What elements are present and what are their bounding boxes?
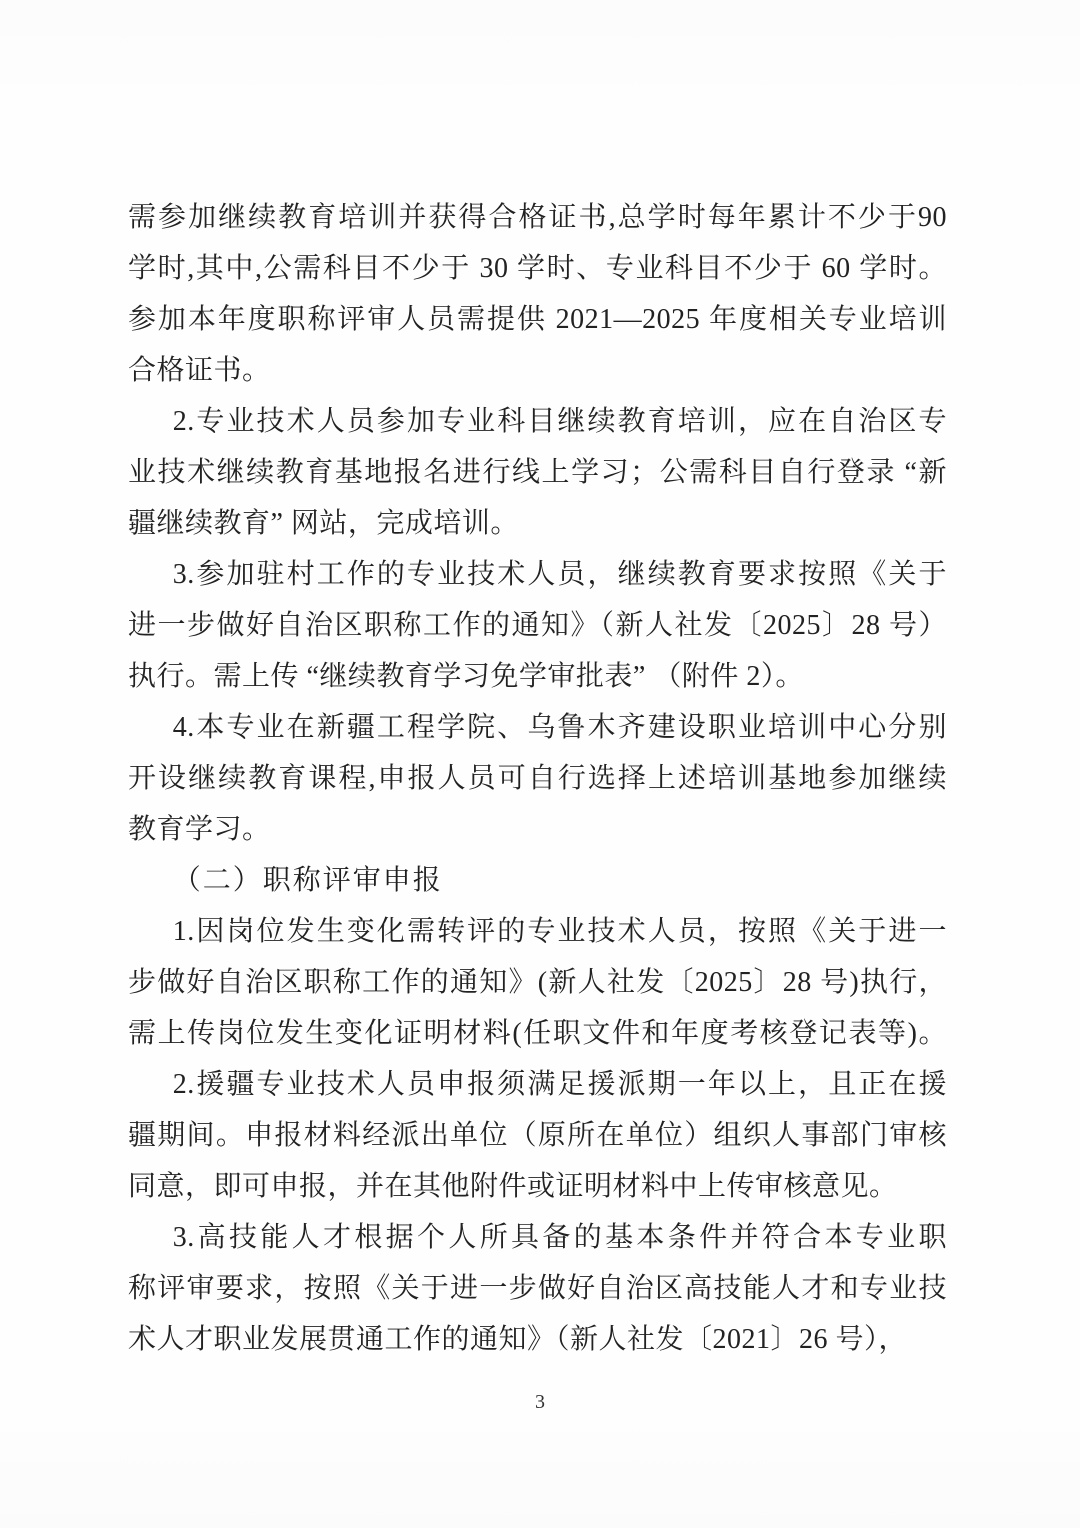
- text-line: 3.参加驻村工作的专业技术人员，继续教育要求按照《关于: [128, 549, 947, 600]
- text-line: 术人才职业发展贯通工作的通知》（新人社发〔2021〕26 号），: [128, 1314, 947, 1365]
- text-line: 1.因岗位发生变化需转评的专业技术人员，按照《关于进一: [128, 906, 947, 957]
- text-line: 需参加继续教育培训并获得合格证书,总学时每年累计不少于90: [128, 192, 947, 243]
- paragraph-item-2b: 2.援疆专业技术人员申报须满足援派期一年以上，且正在援 疆期间。申报材料经派出单…: [128, 1059, 947, 1212]
- text-line: 合格证书。: [128, 345, 947, 396]
- page-body: 需参加继续教育培训并获得合格证书,总学时每年累计不少于90 学时,其中,公需科目…: [128, 192, 947, 1365]
- text-line: 2.援疆专业技术人员申报须满足援派期一年以上，且正在援: [128, 1059, 947, 1110]
- text-line: 进一步做好自治区职称工作的通知》（新人社发〔2025〕28 号）: [128, 600, 947, 651]
- text-line: 开设继续教育课程,申报人员可自行选择上述培训基地参加继续: [128, 753, 947, 804]
- text-line: 3.高技能人才根据个人所具备的基本条件并符合本专业职: [128, 1212, 947, 1263]
- text-line: 疆继续教育” 网站，完成培训。: [128, 498, 947, 549]
- text-line: 学时,其中,公需科目不少于 30 学时、专业科目不少于 60 学时。: [128, 243, 947, 294]
- section-heading-text: （二）职称评审申报: [128, 855, 947, 906]
- paragraph-item-3: 3.参加驻村工作的专业技术人员，继续教育要求按照《关于 进一步做好自治区职称工作…: [128, 549, 947, 702]
- text-line: 需上传岗位发生变化证明材料(任职文件和年度考核登记表等)。: [128, 1008, 947, 1059]
- text-line: 2.专业技术人员参加专业科目继续教育培训，应在自治区专: [128, 396, 947, 447]
- text-line: 称评审要求，按照《关于进一步做好自治区高技能人才和专业技: [128, 1263, 947, 1314]
- paragraph-continuation: 需参加继续教育培训并获得合格证书,总学时每年累计不少于90 学时,其中,公需科目…: [128, 192, 947, 396]
- section-heading-2: （二）职称评审申报: [128, 855, 947, 906]
- text-line: 执行。需上传 “继续教育学习免学审批表” （附件 2）。: [128, 651, 947, 702]
- text-line: 业技术继续教育基地报名进行线上学习；公需科目自行登录 “新: [128, 447, 947, 498]
- paragraph-item-3b: 3.高技能人才根据个人所具备的基本条件并符合本专业职 称评审要求，按照《关于进一…: [128, 1212, 947, 1365]
- paragraph-item-1b: 1.因岗位发生变化需转评的专业技术人员，按照《关于进一 步做好自治区职称工作的通…: [128, 906, 947, 1059]
- text-line: 疆期间。申报材料经派出单位（原所在单位）组织人事部门审核: [128, 1110, 947, 1161]
- document-page: 需参加继续教育培训并获得合格证书,总学时每年累计不少于90 学时,其中,公需科目…: [0, 0, 1080, 1528]
- paragraph-item-4: 4.本专业在新疆工程学院、乌鲁木齐建设职业培训中心分别 开设继续教育课程,申报人…: [128, 702, 947, 855]
- text-line: 步做好自治区职称工作的通知》(新人社发〔2025〕28 号)执行，: [128, 957, 947, 1008]
- page-number: 3: [0, 1390, 1080, 1414]
- text-line: 同意，即可申报，并在其他附件或证明材料中上传审核意见。: [128, 1161, 947, 1212]
- text-line: 参加本年度职称评审人员需提供 2021—2025 年度相关专业培训: [128, 294, 947, 345]
- text-line: 教育学习。: [128, 804, 947, 855]
- text-line: 4.本专业在新疆工程学院、乌鲁木齐建设职业培训中心分别: [128, 702, 947, 753]
- paragraph-item-2: 2.专业技术人员参加专业科目继续教育培训，应在自治区专 业技术继续教育基地报名进…: [128, 396, 947, 549]
